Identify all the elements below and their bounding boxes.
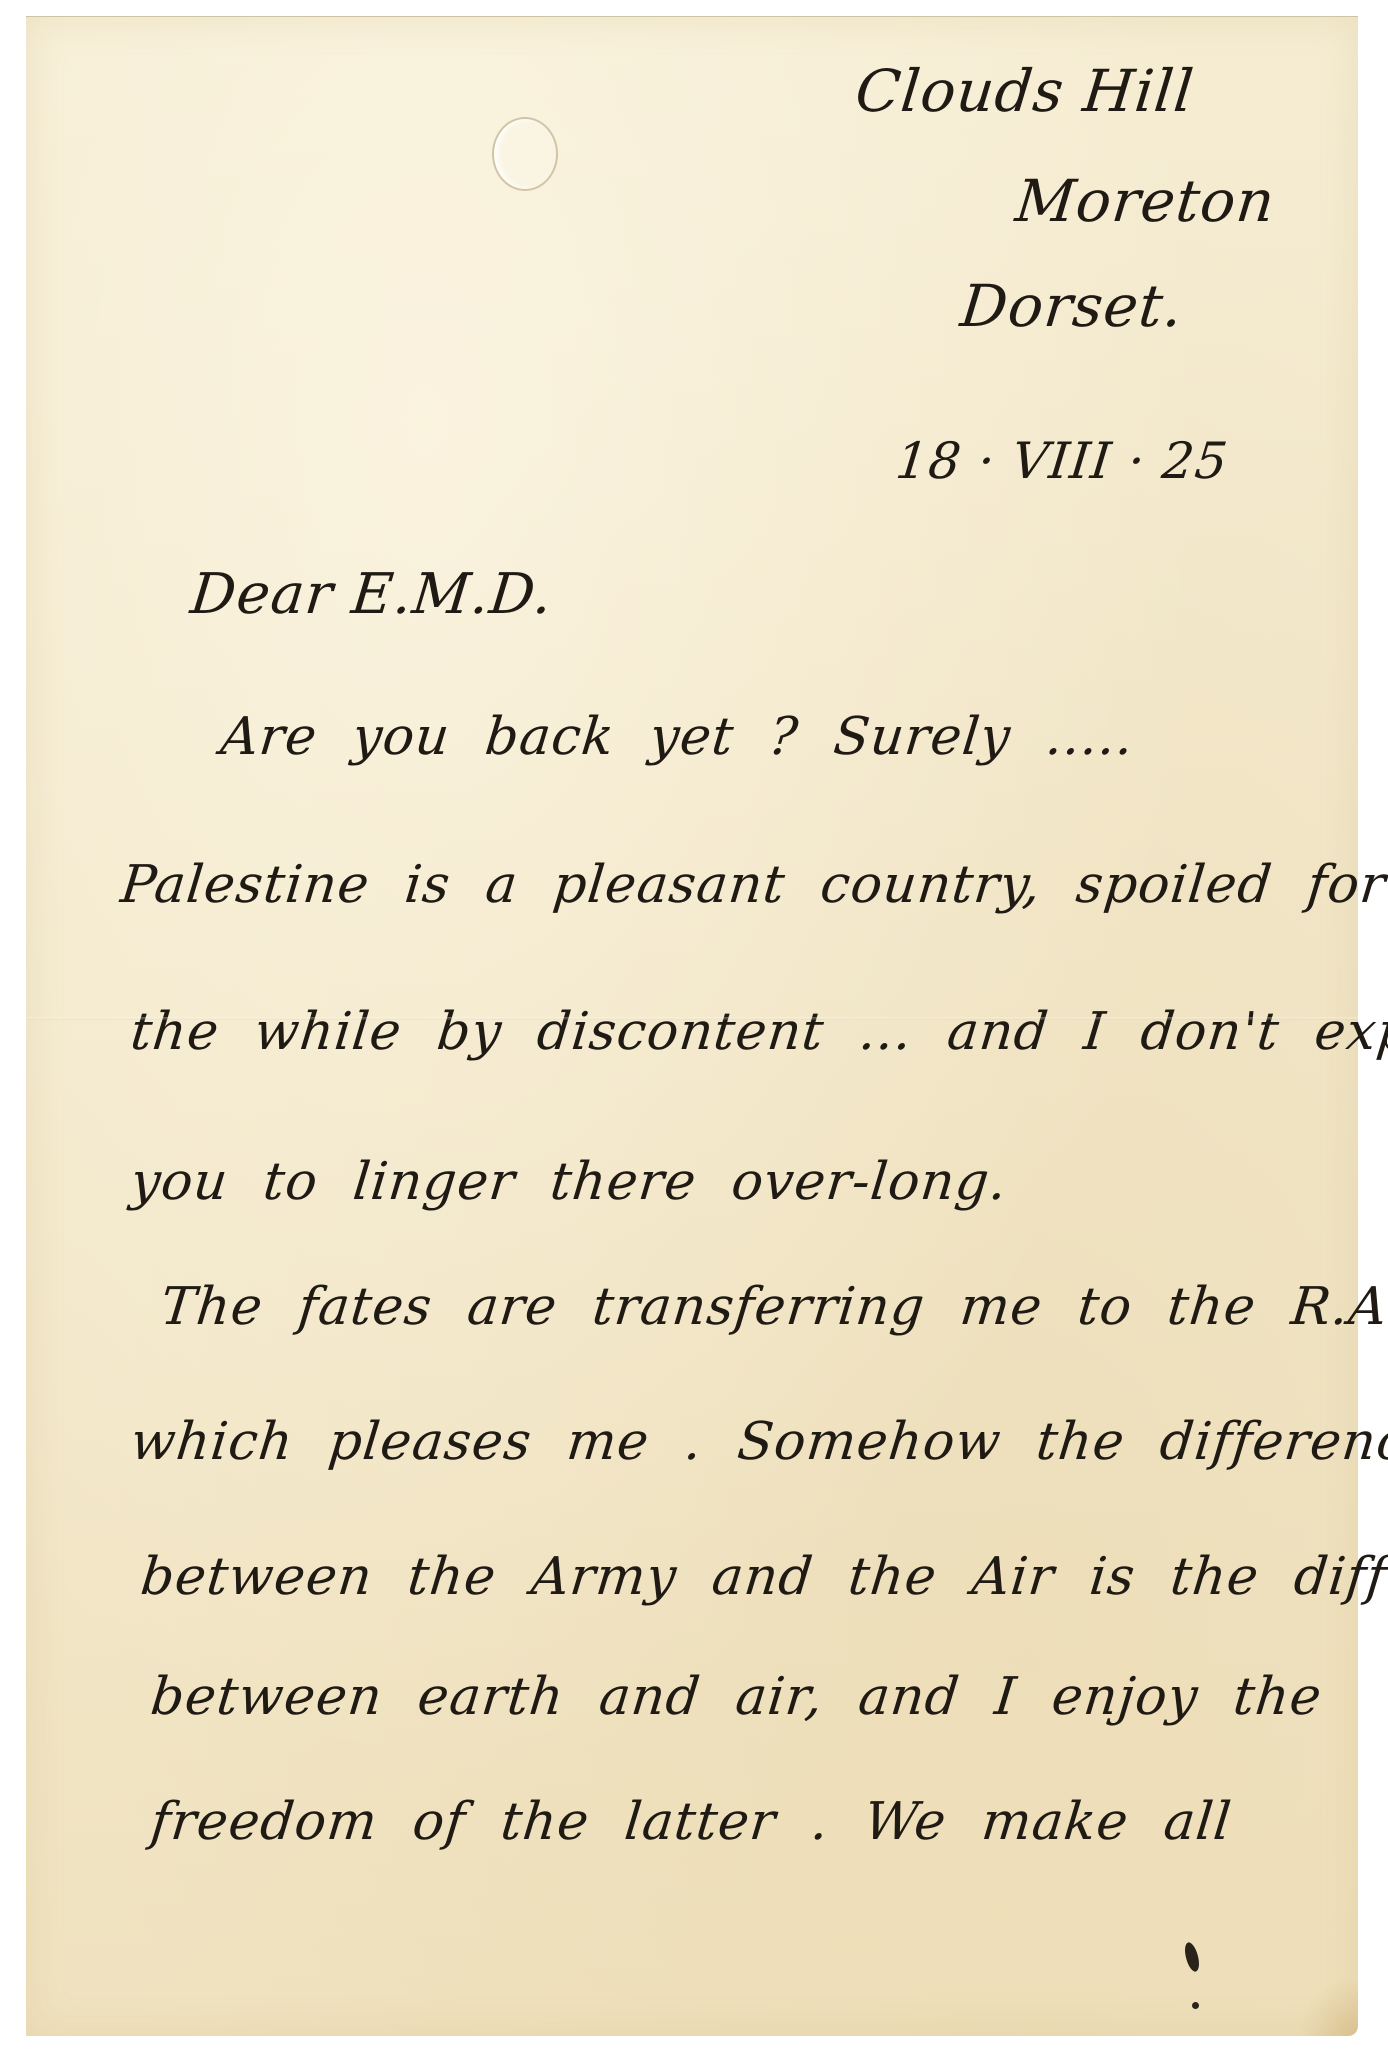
body-line: The fates are transferring me to the R.A… <box>158 1277 1388 1337</box>
address-line-1: Clouds Hill <box>852 57 1197 125</box>
body-line: between the Army and the Air is the diff… <box>138 1547 1388 1607</box>
body-line: between earth and air, and I enjoy the <box>148 1667 1325 1727</box>
body-line: you to linger there over-long. <box>128 1152 1010 1212</box>
ink-dot <box>1192 2002 1199 2009</box>
address-line-3: Dorset. <box>957 272 1186 340</box>
address-line-2: Moreton <box>1012 167 1278 235</box>
punch-hole <box>492 117 558 191</box>
paper-stain <box>1298 1976 1358 2036</box>
body-line: which pleases me . Somehow the differenc… <box>128 1412 1388 1472</box>
body-line: Are you back yet ? Surely ..... <box>218 707 1137 767</box>
salutation: Dear E.M.D. <box>188 562 556 627</box>
ink-blot <box>1182 1941 1201 1973</box>
body-line: Palestine is a pleasant country, spoiled… <box>118 855 1388 915</box>
body-line: the while by discontent ... and I don't … <box>128 1002 1388 1062</box>
body-line: freedom of the latter . We make all <box>148 1792 1235 1852</box>
letter-date: 18 · VIII · 25 <box>893 432 1231 490</box>
letter-page: Clouds Hill Moreton Dorset. 18 · VIII · … <box>26 16 1358 2036</box>
